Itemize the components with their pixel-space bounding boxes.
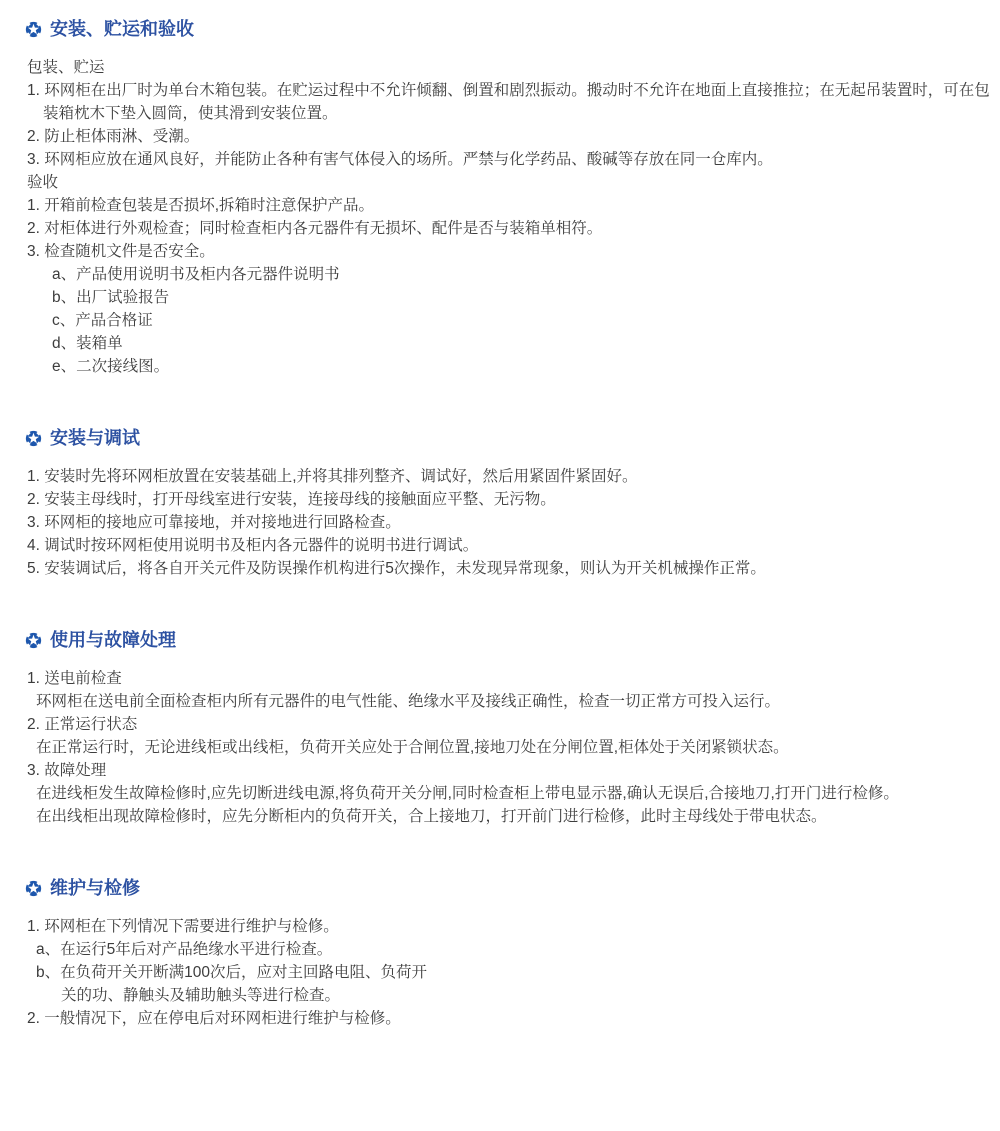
section-body: 1. 安装时先将环网柜放置在安装基础上,并将其排列整齐、调试好，然后用紧固件紧固…	[27, 465, 996, 580]
text-line: a、在运行5年后对产品绝缘水平进行检查。	[27, 938, 996, 961]
star-badge-icon	[25, 880, 42, 897]
text-line: e、二次接线图。	[27, 355, 996, 378]
text-line: a、产品使用说明书及柜内各元器件说明书	[27, 263, 996, 286]
text-line: 1. 环网柜在下列情况下需要进行维护与检修。	[27, 915, 996, 938]
text-line: 3. 检查随机文件是否安全。	[27, 240, 996, 263]
text-line: 1. 环网柜在出厂时为单台木箱包装。在贮运过程中不允许倾翻、倒置和剧烈振动。搬动…	[27, 79, 996, 102]
section-use-fault-handling: 使用与故障处理 1. 送电前检查环网柜在送电前全面检查柜内所有元器件的电气性能、…	[27, 630, 996, 828]
text-line: 验收	[27, 171, 996, 194]
text-line: b、在负荷开关开断满100次后，应对主回路电阻、负荷开	[27, 961, 996, 984]
text-line: 关的功、静触头及辅助触头等进行检查。	[27, 984, 996, 1007]
text-line: 包装、贮运	[27, 56, 996, 79]
text-line: 2. 防止柜体雨淋、受潮。	[27, 125, 996, 148]
section-title: 使用与故障处理	[50, 630, 176, 650]
section-title: 安装与调试	[50, 428, 140, 448]
text-line: 5. 安装调试后，将各自开关元件及防误操作机构进行5次操作，未发现异常现象，则认…	[27, 557, 996, 580]
section-body: 1. 环网柜在下列情况下需要进行维护与检修。a、在运行5年后对产品绝缘水平进行检…	[27, 915, 996, 1030]
section-title: 安装、贮运和验收	[50, 19, 194, 39]
text-line: 2. 正常运行状态	[27, 713, 996, 736]
section-body: 包装、贮运1. 环网柜在出厂时为单台木箱包装。在贮运过程中不允许倾翻、倒置和剧烈…	[27, 56, 996, 378]
text-line: b、出厂试验报告	[27, 286, 996, 309]
text-line: 在正常运行时，无论进线柜或出线柜，负荷开关应处于合闸位置,接地刀处在分闸位置,柜…	[27, 736, 996, 759]
star-badge-icon	[25, 21, 42, 38]
section-heading: 安装、贮运和验收	[25, 19, 996, 39]
text-line: 1. 开箱前检查包装是否损坏,拆箱时注意保护产品。	[27, 194, 996, 217]
text-line: d、装箱单	[27, 332, 996, 355]
text-line: 1. 安装时先将环网柜放置在安装基础上,并将其排列整齐、调试好，然后用紧固件紧固…	[27, 465, 996, 488]
section-heading: 安装与调试	[25, 428, 996, 448]
star-badge-icon	[25, 430, 42, 447]
text-line: 2. 对柜体进行外观检查；同时检查柜内各元器件有无损坏、配件是否与装箱单相符。	[27, 217, 996, 240]
section-title: 维护与检修	[50, 878, 140, 898]
section-maintenance-repair: 维护与检修 1. 环网柜在下列情况下需要进行维护与检修。a、在运行5年后对产品绝…	[27, 878, 996, 1030]
text-line: c、产品合格证	[27, 309, 996, 332]
text-line: 3. 故障处理	[27, 759, 996, 782]
text-line: 2. 安装主母线时，打开母线室进行安装，连接母线的接触面应平整、无污物。	[27, 488, 996, 511]
text-line: 3. 环网柜应放在通风良好，并能防止各种有害气体侵入的场所。严禁与化学药品、酸碱…	[27, 148, 996, 171]
section-heading: 维护与检修	[25, 878, 996, 898]
text-line: 在进线柜发生故障检修时,应先切断进线电源,将负荷开关分闸,同时检查柜上带电显示器…	[27, 782, 996, 805]
text-line: 装箱枕木下垫入圆筒，使其滑到安装位置。	[27, 102, 996, 125]
star-badge-icon	[25, 632, 42, 649]
text-line: 1. 送电前检查	[27, 667, 996, 690]
section-body: 1. 送电前检查环网柜在送电前全面检查柜内所有元器件的电气性能、绝缘水平及接线正…	[27, 667, 996, 828]
section-heading: 使用与故障处理	[25, 630, 996, 650]
text-line: 在出线柜出现故障检修时，应先分断柜内的负荷开关，合上接地刀，打开前门进行检修，此…	[27, 805, 996, 828]
text-line: 4. 调试时按环网柜使用说明书及柜内各元器件的说明书进行调试。	[27, 534, 996, 557]
section-installation-commissioning: 安装与调试 1. 安装时先将环网柜放置在安装基础上,并将其排列整齐、调试好，然后…	[27, 428, 996, 580]
document-page: 安装、贮运和验收 包装、贮运1. 环网柜在出厂时为单台木箱包装。在贮运过程中不允…	[0, 0, 1000, 1131]
section-installation-storage-acceptance: 安装、贮运和验收 包装、贮运1. 环网柜在出厂时为单台木箱包装。在贮运过程中不允…	[27, 19, 996, 378]
text-line: 环网柜在送电前全面检查柜内所有元器件的电气性能、绝缘水平及接线正确性，检查一切正…	[27, 690, 996, 713]
text-line: 2. 一般情况下，应在停电后对环网柜进行维护与检修。	[27, 1007, 996, 1030]
text-line: 3. 环网柜的接地应可靠接地，并对接地进行回路检查。	[27, 511, 996, 534]
